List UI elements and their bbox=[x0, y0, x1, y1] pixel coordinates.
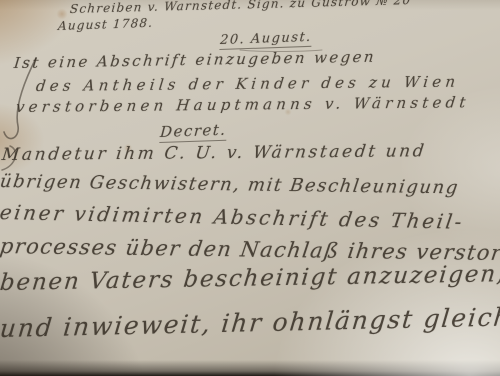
manuscript-line: einer vidimirten Abschrift des Theil- bbox=[0, 200, 466, 234]
manuscript-line: des Antheils der Kinder des zu Wien bbox=[35, 73, 460, 95]
manuscript-line: benen Vaters bescheinigt anzuzeigen, bbox=[0, 261, 500, 296]
manuscript-line: übrigen Geschwistern, mit Beschleunigung bbox=[0, 171, 460, 198]
manuscript-line: Ist eine Abschrift einzugeben wegen bbox=[13, 48, 377, 72]
manuscript-line: und inwieweit, ihr ohnlängst gleich bbox=[0, 302, 500, 343]
manuscript-line: processes über den Nachlaß ihres verstor… bbox=[0, 234, 500, 265]
day-heading: 20. August. bbox=[219, 30, 312, 50]
header-date-line: August 1788. bbox=[58, 16, 154, 33]
decree-heading: Decret. bbox=[159, 121, 227, 143]
header-note-line: Schreiben v. Warnstedt. Sign. zu Güstrow… bbox=[69, 0, 412, 16]
manuscript-photo: Schreiben v. Warnstedt. Sign. zu Güstrow… bbox=[0, 0, 500, 376]
manuscript-line: Mandetur ihm C. U. v. Wärnstaedt und bbox=[1, 141, 428, 165]
manuscript-line: verstorbenen Hauptmanns v. Wärnstedt bbox=[15, 93, 471, 116]
